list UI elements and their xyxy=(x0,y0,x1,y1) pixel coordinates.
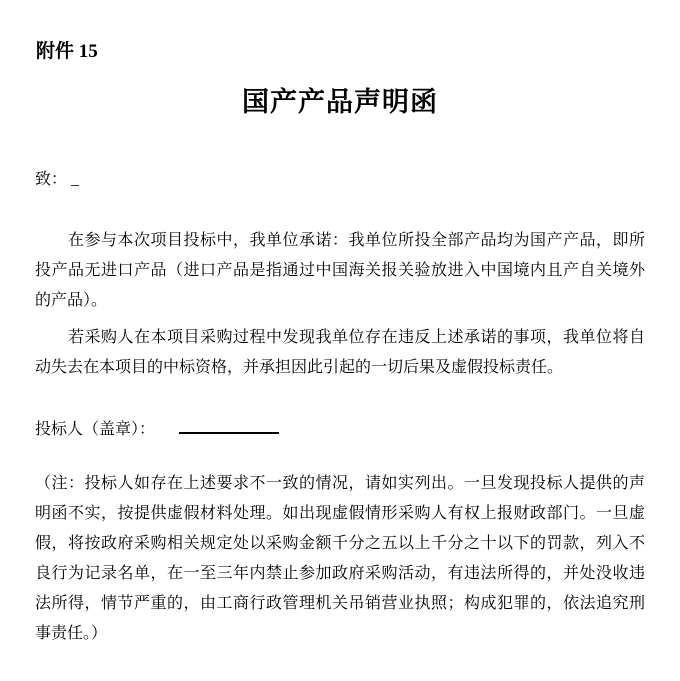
document-page: 附件 15 国产产品声明函 致：_ 在参与本次项目投标中，我单位承诺：我单位所投… xyxy=(0,0,680,681)
paragraph-line: 投产品无进口产品（进口产品是指通过中国海关报关验放进入中国境内且产自关境外 xyxy=(35,256,645,286)
note-line: （注：投标人如存在上述要求不一致的情况，请如实列出。一旦发现投标人提供的声 xyxy=(35,469,645,499)
salutation-line: 致：_ xyxy=(35,165,79,195)
signature-label: 投标人（盖章）： xyxy=(35,421,155,438)
consequence-paragraph: 若采购人在本项目采购过程中发现我单位存在违反上述承诺的事项，我单位将自 动失去在… xyxy=(35,323,645,383)
note-line: 良行为记录名单，在一至三年内禁止参加政府采购活动，有违法所得的，并处没收违 xyxy=(35,559,645,589)
paragraph-line: 的产品）。 xyxy=(35,286,645,316)
note-line: 假，将按政府采购相关规定处以采购金额千分之五以上千分之十以下的罚款，列入不 xyxy=(35,529,645,559)
signature-line: 投标人（盖章）： xyxy=(35,415,279,445)
signature-underline xyxy=(179,418,279,434)
note-line: 法所得，情节严重的，由工商行政管理机关吊销营业执照；构成犯罪的，依法追究刑 xyxy=(35,589,645,619)
note-paragraph: （注：投标人如存在上述要求不一致的情况，请如实列出。一旦发现投标人提供的声 明函… xyxy=(35,469,645,649)
paragraph-line: 在参与本次项目投标中，我单位承诺：我单位所投全部产品均为国产产品，即所 xyxy=(35,226,645,256)
note-line: 事责任。） xyxy=(35,619,645,649)
salutation-prefix: 致： xyxy=(35,171,67,188)
paragraph-line: 动失去在本项目的中标资格，并承担因此引起的一切后果及虚假投标责任。 xyxy=(35,353,645,383)
attachment-label: 附件 15 xyxy=(36,36,98,63)
commitment-paragraph: 在参与本次项目投标中，我单位承诺：我单位所投全部产品均为国产产品，即所 投产品无… xyxy=(35,226,645,316)
note-line: 明函不实，按提供虚假材料处理。如出现虚假情形采购人有权上报财政部门。一旦虚 xyxy=(35,499,645,529)
salutation-blank: _ xyxy=(71,171,79,188)
paragraph-line: 若采购人在本项目采购过程中发现我单位存在违反上述承诺的事项，我单位将自 xyxy=(35,323,645,353)
document-title: 国产产品声明函 xyxy=(0,80,680,119)
